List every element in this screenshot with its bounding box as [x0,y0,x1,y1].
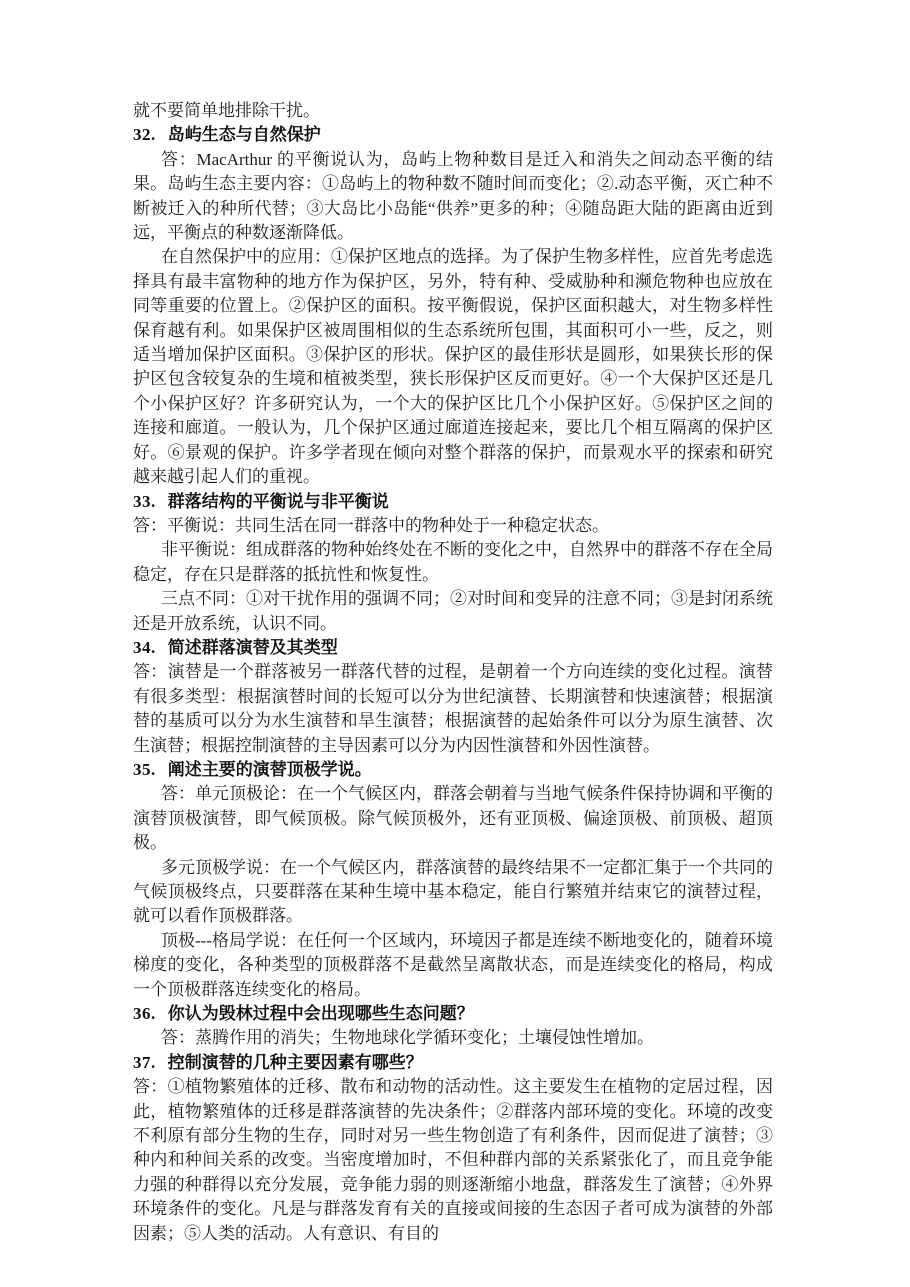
question-heading-34: 34.简述群落演替及其类型 [133,636,773,660]
answer-paragraph: 多元顶极学说：在一个气候区内，群落演替的最终结果不一定都汇集于一个共同的气候顶极… [133,856,773,929]
question-heading-33: 33.群落结构的平衡说与非平衡说 [133,490,773,514]
document-page: 就不要简单地排除干扰。 32.岛屿生态与自然保护 答：MacArthur 的平衡… [0,0,910,1287]
question-number: 32. [133,123,156,147]
question-title: 群落结构的平衡说与非平衡说 [168,492,389,511]
question-heading-35: 35.阐述主要的演替顶极学说。 [133,758,773,782]
answer-paragraph: 答：演替是一个群落被另一群落代替的过程，是朝着一个方向连续的变化过程。演替有很多… [133,660,773,758]
question-title: 岛屿生态与自然保护 [168,125,321,144]
question-heading-37: 37.控制演替的几种主要因素有哪些？ [133,1051,773,1075]
question-number: 37. [133,1051,156,1075]
document-text-column: 就不要简单地排除干扰。 32.岛屿生态与自然保护 答：MacArthur 的平衡… [133,99,773,1246]
answer-paragraph: 答：平衡说：共同生活在同一群落中的物种处于一种稳定状态。 [133,514,773,538]
question-number: 35. [133,758,156,782]
paragraph-continuation: 就不要简单地排除干扰。 [133,99,773,123]
answer-paragraph: 三点不同：①对干扰作用的强调不同；②对时间和变异的注意不同；③是封闭系统还是开放… [133,587,773,636]
question-heading-36: 36.你认为毁林过程中会出现哪些生态问题？ [133,1002,773,1026]
answer-paragraph: 答：单元顶极论：在一个气候区内，群落会朝着与当地气候条件保持协调和平衡的演替顶极… [133,782,773,855]
question-title: 阐述主要的演替顶极学说。 [168,760,372,779]
question-number: 33. [133,490,156,514]
answer-paragraph: 答：MacArthur 的平衡说认为，岛屿上物种数目是迁入和消失之间动态平衡的结… [133,148,773,246]
answer-paragraph: 非平衡说：组成群落的物种始终处在不断的变化之中，自然界中的群落不存在全局稳定，存… [133,538,773,587]
answer-paragraph: 顶极---格局学说：在任何一个区域内，环境因子都是连续不断地变化的，随着环境梯度… [133,929,773,1002]
answer-paragraph: 在自然保护中的应用：①保护区地点的选择。为了保护生物多样性，应首先考虑选择具有最… [133,245,773,489]
question-number: 36. [133,1002,156,1026]
question-number: 34. [133,636,156,660]
answer-paragraph: 答：蒸腾作用的消失；生物地球化学循环变化；土壤侵蚀性增加。 [133,1026,773,1050]
question-title: 控制演替的几种主要因素有哪些？ [168,1053,423,1072]
question-title: 你认为毁林过程中会出现哪些生态问题？ [168,1004,474,1023]
answer-paragraph: 答：①植物繁殖体的迁移、散布和动物的活动性。这主要发生在植物的定居过程，因此，植… [133,1075,773,1246]
question-title: 简述群落演替及其类型 [168,638,338,657]
question-heading-32: 32.岛屿生态与自然保护 [133,123,773,147]
